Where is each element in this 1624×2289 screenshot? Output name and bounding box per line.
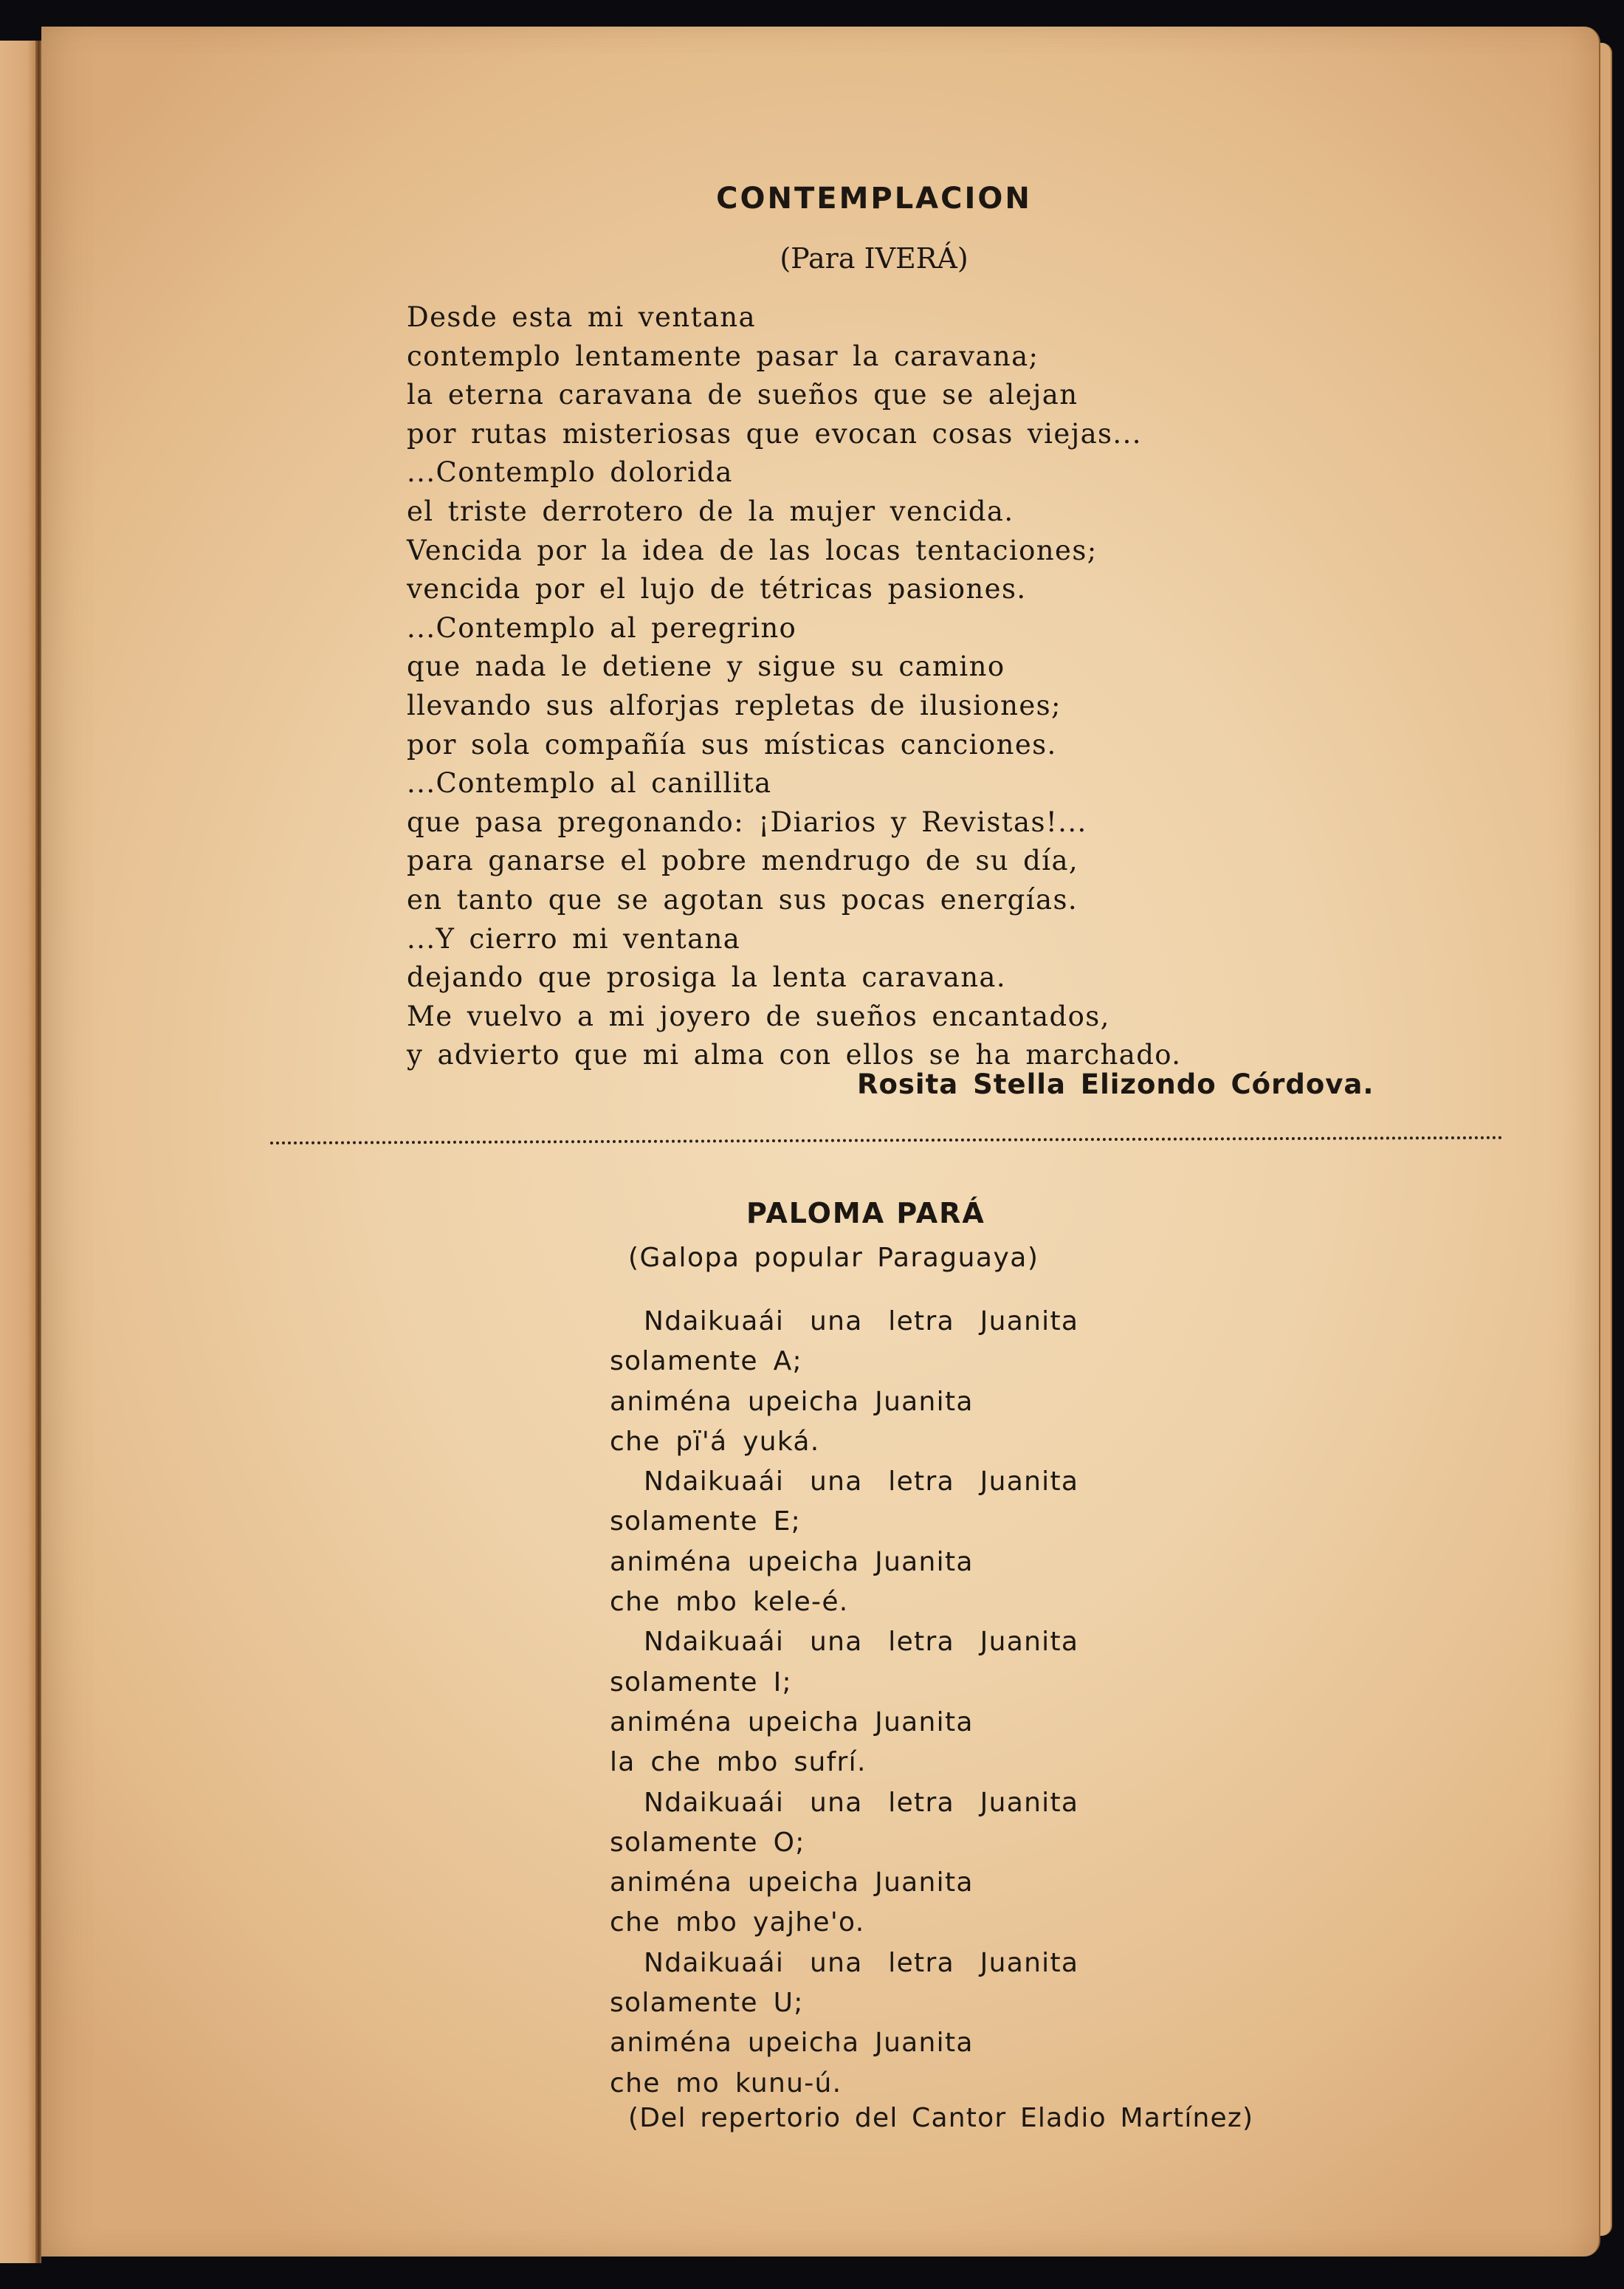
poem-dedication: (Para IVERÁ) [41,242,1624,275]
song-lyrics: Ndaikuaái una letra Juanita solamente A;… [610,1302,1078,2104]
verse-line: el triste derrotero de la mujer vencida. [407,493,1181,532]
lyric-line: solamente O; [610,1823,1078,1863]
lyric-line: Ndaikuaái una letra Juanita [610,1943,1078,1983]
lyric-line: che mo kunu-ú. [610,2064,1078,2104]
lyric-line: solamente E; [610,1502,1078,1542]
lyric-line: aniména upeicha Juanita [610,2023,1078,2063]
verse-line: llevando sus alforjas repletas de ilusio… [407,687,1181,726]
verse-line: ...Y cierro mi ventana [407,920,1181,959]
verse-line: Me vuelvo a mi joyero de sueños encantad… [407,998,1181,1037]
lyric-line: aniména upeicha Juanita [610,1542,1078,1582]
poem-body: Desde esta mi ventana contemplo lentamen… [407,298,1181,1075]
lyric-line: solamente A; [610,1342,1078,1382]
verse-line: Vencida por la idea de las locas tentaci… [407,532,1181,571]
verse-line: ...Contemplo al peregrino [407,609,1181,648]
dotted-divider [270,1136,1503,1144]
poem-title: CONTEMPLACION [41,182,1624,216]
lyric-line: la che mbo sufrí. [610,1743,1078,1782]
song-subtitle: (Galopa popular Paraguaya) [628,1243,1039,1273]
lyric-line: aniména upeicha Juanita [610,1703,1078,1743]
facing-page-edge [0,41,38,2263]
lyric-line: Ndaikuaái una letra Juanita [610,1302,1078,1342]
song-title: PALOMA PARÁ [746,1197,985,1229]
lyric-line: aniména upeicha Juanita [610,1863,1078,1903]
lyric-line: che mbo yajhe'o. [610,1903,1078,1943]
lyric-line: che mbo kele-é. [610,1582,1078,1622]
verse-line: Desde esta mi ventana [407,298,1181,337]
binding-gutter [35,41,41,2263]
lyric-line: solamente U; [610,1983,1078,2023]
verse-line: para ganarse el pobre mendrugo de su día… [407,842,1181,881]
verse-line: por rutas misteriosas que evocan cosas v… [407,415,1181,454]
lyric-line: Ndaikuaái una letra Juanita [610,1462,1078,1502]
verse-line: ...Contemplo al canillita [407,764,1181,803]
verse-line: la eterna caravana de sueños que se alej… [407,376,1181,415]
lyric-line: che pï'á yuká. [610,1422,1078,1462]
verse-line: ...Contemplo dolorida [407,453,1181,493]
verse-line: que nada le detiene y sigue su camino [407,648,1181,687]
verse-line: vencida por el lujo de tétricas pasiones… [407,570,1181,609]
verse-line: dejando que prosiga la lenta caravana. [407,958,1181,998]
song-credit: (Del repertorio del Cantor Eladio Martín… [628,2103,1253,2133]
book-page: CONTEMPLACION (Para IVERÁ) Desde esta mi… [41,27,1600,2257]
verse-line: por sola compañía sus místicas canciones… [407,726,1181,765]
lyric-line: Ndaikuaái una letra Juanita [610,1783,1078,1823]
verse-line: que pasa pregonando: ¡Diarios y Revistas… [407,803,1181,842]
lyric-line: aniména upeicha Juanita [610,1382,1078,1422]
lyric-line: Ndaikuaái una letra Juanita [610,1622,1078,1662]
lyric-line: solamente I; [610,1663,1078,1703]
poem-author: Rosita Stella Elizondo Córdova. [857,1068,1374,1100]
verse-line: en tanto que se agotan sus pocas energía… [407,881,1181,920]
verse-line: contemplo lentamente pasar la caravana; [407,337,1181,377]
